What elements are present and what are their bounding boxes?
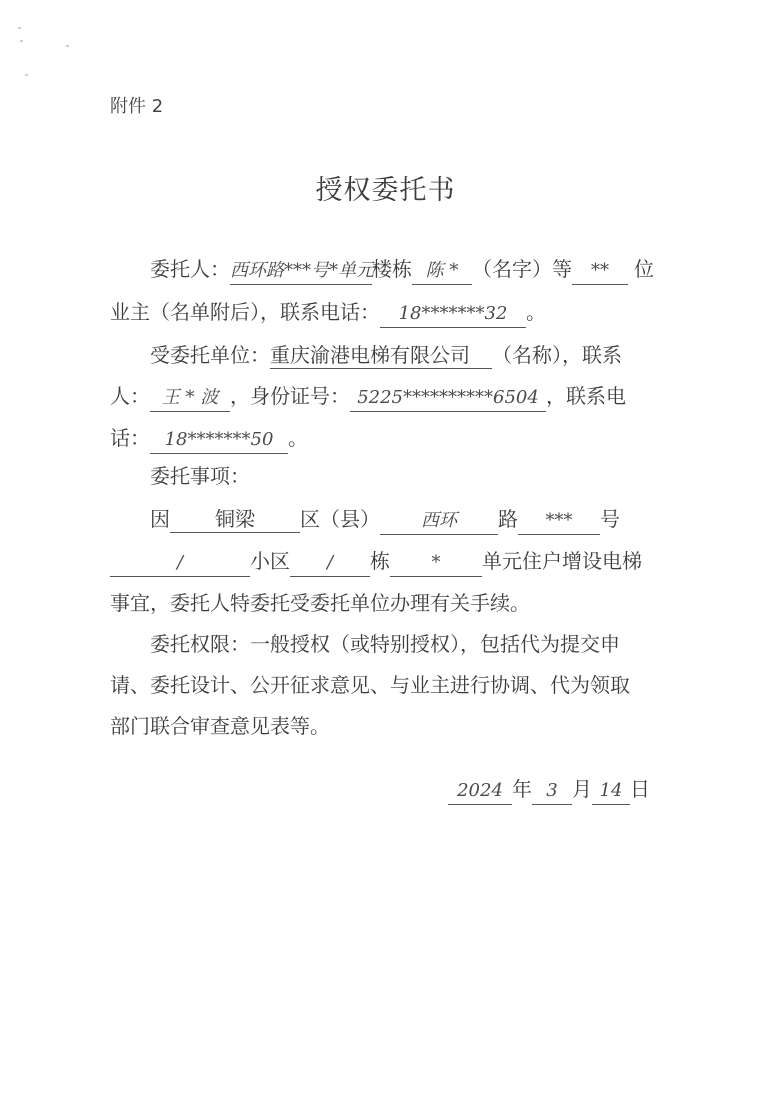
agent-line-2: 人：王 * 波，身份证号：5225**********6504，联系电	[110, 381, 662, 411]
scope-line-1: 委托权限：一般授权（或特别授权），包括代为提交申	[150, 629, 662, 659]
count-suffix: 位	[634, 257, 654, 281]
matter-prefix: 因	[150, 507, 170, 531]
agent-label: 受委托单位：	[150, 343, 270, 367]
unit-field[interactable]: *	[390, 550, 482, 577]
building-field[interactable]: /	[290, 550, 370, 577]
road-field[interactable]: 西环	[380, 508, 498, 535]
matter-line-3: 事宜，委托人特委托受委托单位办理有关手续。	[110, 588, 662, 618]
agent-contact-field[interactable]: 王 * 波	[150, 385, 230, 412]
agent-id-field[interactable]: 5225**********6504	[350, 385, 546, 412]
matter-line-2: /小区/栋*单元住户增设电梯	[110, 546, 662, 576]
day-label: 日	[630, 777, 650, 801]
building-label: 楼栋	[372, 257, 412, 281]
owner-count-field[interactable]: **	[572, 258, 628, 285]
district-suffix: 区（县）	[300, 507, 380, 531]
document-title: 授权委托书	[0, 168, 771, 207]
line-end: 。	[288, 426, 308, 450]
matter-heading: 委托事项：	[150, 461, 662, 491]
year-label: 年	[512, 777, 532, 801]
matter-line-1: 因铜梁区（县）西环路***号	[150, 504, 662, 534]
principal-line-2: 业主（名单附后），联系电话：18*******32。	[110, 297, 662, 327]
month-label: 月	[572, 777, 592, 801]
phone-label: 业主（名单附后），联系电话：	[110, 300, 380, 324]
scope-line-3: 部门联合审查意见表等。	[110, 711, 662, 741]
line-end: 。	[526, 300, 546, 324]
road-suffix: 路	[498, 507, 518, 531]
agent-line-3: 话：18*******50。	[110, 423, 662, 453]
id-label: ，身份证号：	[230, 384, 350, 408]
community-field[interactable]: /	[110, 550, 250, 577]
unit-suffix: 单元住户增设电梯	[482, 549, 642, 573]
principal-name-field[interactable]: 陈 *	[412, 258, 472, 285]
principal-label: 委托人：	[150, 257, 230, 281]
contact-label: 人：	[110, 384, 150, 408]
day-field[interactable]: 14	[592, 778, 630, 805]
authorization-letter-page: 附件 2 授权委托书 委托人：西环路***号*单元楼栋陈 *（名字）等**位 业…	[0, 0, 771, 1100]
agent-phone-prefix: 话：	[110, 426, 150, 450]
agent-phone-label: ，联系电	[546, 384, 626, 408]
company-suffix: （名称），联系	[492, 343, 622, 367]
scan-speck	[20, 40, 23, 42]
date-line: 2024年3月14日	[448, 774, 668, 804]
community-suffix: 小区	[250, 549, 290, 573]
road-number-field[interactable]: ***	[518, 508, 600, 535]
agent-line-1: 受委托单位：重庆渝港电梯有限公司（名称），联系	[150, 340, 662, 370]
name-suffix: （名字）等	[472, 257, 572, 281]
building-suffix: 栋	[370, 549, 390, 573]
scan-speck	[18, 27, 21, 29]
month-field[interactable]: 3	[532, 778, 572, 805]
principal-address-field[interactable]: 西环路***号*单元	[230, 258, 372, 285]
year-field[interactable]: 2024	[448, 778, 512, 805]
number-suffix: 号	[600, 507, 620, 531]
agent-company-field[interactable]: 重庆渝港电梯有限公司	[270, 342, 492, 369]
district-field[interactable]: 铜梁	[170, 506, 300, 533]
principal-phone-field[interactable]: 18*******32	[380, 301, 526, 328]
principal-line-1: 委托人：西环路***号*单元楼栋陈 *（名字）等**位	[150, 254, 662, 284]
attachment-label: 附件 2	[110, 92, 163, 118]
agent-phone-field[interactable]: 18*******50	[150, 427, 288, 454]
scan-speck	[25, 74, 28, 76]
scan-speck	[66, 45, 69, 47]
scope-line-2: 请、委托设计、公开征求意见、与业主进行协调、代为领取	[110, 670, 662, 700]
document-title-text: 授权委托书	[316, 168, 456, 207]
